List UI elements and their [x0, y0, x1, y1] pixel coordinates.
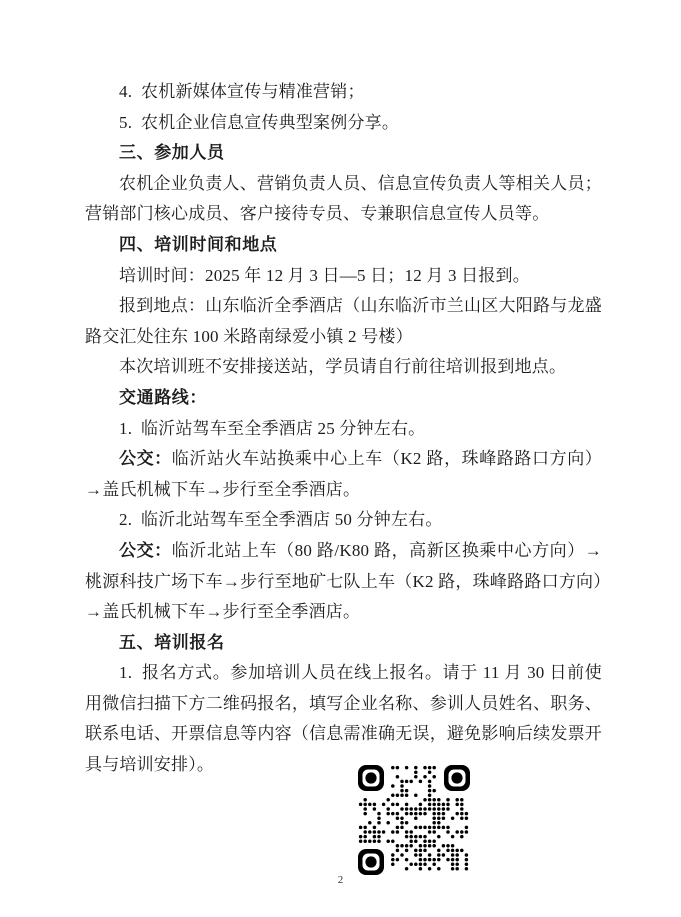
paragraph-bus-route-2: 公交：临沂北站上车（80 路/K80 路，高新区换乘中心方向）→桃源科技广场下车…	[85, 536, 602, 628]
paragraph-bus-route-1: 公交：临沂站火车站换乘中心上车（K2 路，珠峰路路口方向）→盖氏机械下车→步行至…	[85, 444, 602, 505]
paragraph-no-shuttle: 本次培训班不安排接送站，学员请自行前往培训报到地点。	[85, 352, 602, 383]
list-item-route-1: 1. 临沂站驾车至全季酒店 25 分钟左右。	[85, 414, 602, 445]
heading-text: 三、参加人员	[119, 143, 225, 162]
bus-label: 公交：	[119, 449, 172, 468]
qr-finder-bottom-left	[358, 849, 384, 875]
paragraph-checkin-location: 报到地点：山东临沂全季酒店（山东临沂市兰山区大阳路与龙盛路交汇处往东 100 米…	[85, 291, 602, 352]
section-heading-participants: 三、参加人员	[85, 138, 602, 169]
paragraph-text: 1. 报名方式。参加培训人员在线上报名。请于 11 月 30 日前使用微信扫描下…	[85, 663, 602, 774]
qr-finder-top-left	[358, 765, 384, 791]
list-item-5: 5. 农机企业信息宣传典型案例分享。	[85, 108, 602, 139]
document-body: 4. 农机新媒体宣传与精准营销； 5. 农机企业信息宣传典型案例分享。 三、参加…	[85, 77, 602, 781]
paragraph-text: 本次培训班不安排接送站，学员请自行前往培训报到地点。	[119, 357, 566, 376]
paragraph-registration-method: 1. 报名方式。参加培训人员在线上报名。请于 11 月 30 日前使用微信扫描下…	[85, 658, 602, 780]
list-item-4: 4. 农机新媒体宣传与精准营销；	[85, 77, 602, 108]
heading-text: 交通路线：	[119, 388, 207, 407]
paragraph-training-time: 培训时间：2025 年 12 月 3 日—5 日；12 月 3 日报到。	[85, 261, 602, 292]
paragraph-text: 培训时间：2025 年 12 月 3 日—5 日；12 月 3 日报到。	[119, 266, 530, 285]
section-heading-registration: 五、培训报名	[85, 628, 602, 659]
paragraph-participants: 农机企业负责人、营销负责人员、信息宣传负责人等相关人员；营销部门核心成员、客户接…	[85, 169, 602, 230]
page-number: 2	[0, 874, 681, 886]
heading-text: 四、培训时间和地点	[119, 235, 277, 254]
section-heading-time-place: 四、培训时间和地点	[85, 230, 602, 261]
heading-text: 五、培训报名	[119, 633, 225, 652]
subheading-traffic-routes: 交通路线：	[85, 383, 602, 414]
list-item-text: 1. 临沂站驾车至全季酒店 25 分钟左右。	[119, 419, 425, 438]
bus-label: 公交：	[119, 541, 172, 560]
list-item-route-2: 2. 临沂北站驾车至全季酒店 50 分钟左右。	[85, 505, 602, 536]
qr-finder-top-right	[444, 765, 470, 791]
list-item-text: 5. 农机企业信息宣传典型案例分享。	[119, 113, 399, 132]
document-page: 4. 农机新媒体宣传与精准营销； 5. 农机企业信息宣传典型案例分享。 三、参加…	[0, 0, 681, 917]
list-item-text: 2. 临沂北站驾车至全季酒店 50 分钟左右。	[119, 510, 443, 529]
qr-code-image	[358, 765, 470, 875]
list-item-text: 4. 农机新媒体宣传与精准营销；	[119, 82, 365, 101]
paragraph-text: 报到地点：山东临沂全季酒店（山东临沂市兰山区大阳路与龙盛路交汇处往东 100 米…	[85, 296, 602, 346]
qr-code	[358, 765, 470, 875]
paragraph-text: 农机企业负责人、营销负责人员、信息宣传负责人等相关人员；营销部门核心成员、客户接…	[85, 174, 602, 224]
